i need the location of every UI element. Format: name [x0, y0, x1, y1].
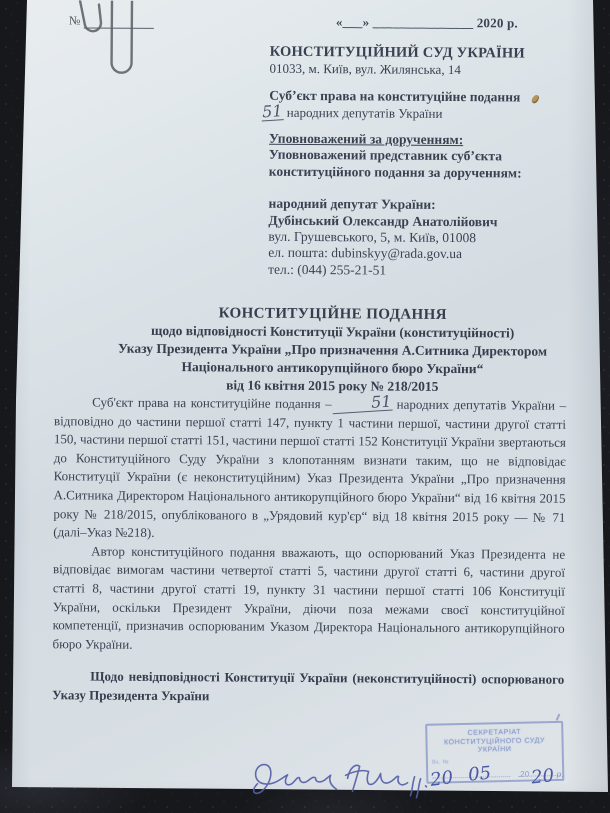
representative-block: Уповноважений за дорученням: Уповноважен…	[268, 131, 522, 280]
section-subheading: Щодо невідповідності Конституції України…	[52, 668, 564, 709]
p1-text-before: Суб'єкт права на конституційне подання –	[92, 395, 332, 412]
representative-line3: конституційного подання за дорученням:	[269, 164, 522, 182]
representative-role: народний депутат України:	[269, 196, 522, 214]
stamp-date-month-handwritten: 05	[467, 765, 491, 785]
p1-handwritten-count: 51	[331, 394, 392, 415]
subject-block: Суб’єкт права на конституційне подання 5…	[261, 87, 520, 123]
stamp-year-prefix: 20	[520, 771, 529, 779]
body-paragraph-2: Автор конституційного подання вважають, …	[52, 542, 565, 657]
registry-stamp: СЕКРЕТАРІАТ КОНСТИТУЦІЙНОГО СУДУ УКРАЇНИ…	[425, 721, 564, 784]
court-address: 01033, м. Київ, вул. Жилянська, 14	[269, 60, 524, 78]
stamp-year-handwritten: 20	[530, 767, 555, 787]
subject-count-handwritten: 51	[261, 103, 284, 121]
subject-count-text: народних депутатів України	[284, 105, 443, 121]
date-quote-blank: «___»	[336, 14, 370, 29]
pen-mark	[556, 714, 561, 721]
representative-line2: Уповноважений представник суб’єкта	[269, 147, 522, 165]
representative-email: ел. пошта: dubinskyy@rada.gov.ua	[268, 245, 521, 263]
handwritten-signature	[241, 754, 441, 801]
court-name: КОНСТИТУЦІЙНИЙ СУД УКРАЇНИ	[270, 44, 525, 62]
spacer	[269, 180, 522, 198]
date-line: «___» _______________ 2020 р.	[336, 14, 518, 31]
representative-name: Дубінський Олександр Анатолійович	[268, 212, 521, 230]
date-year: 2020 р.	[477, 15, 518, 30]
court-block: КОНСТИТУЦІЙНИЙ СУД УКРАЇНИ 01033, м. Киї…	[269, 44, 524, 79]
date-blank-line: _______________	[373, 14, 474, 30]
crumb-speck	[531, 94, 540, 105]
paperclip-icon	[73, 0, 138, 84]
subject-count-line: 51 народних депутатів України	[261, 104, 520, 123]
representative-phone: тел.: (044) 255-21-51	[268, 262, 521, 280]
stamp-date-suffix: р.	[556, 771, 564, 779]
document-content: № «___» _______________ 2020 р. КОНСТИТУ…	[0, 0, 610, 813]
photo-background: № «___» _______________ 2020 р. КОНСТИТУ…	[0, 0, 610, 813]
petition-title-line3: Указу Президента України „Про призначенн…	[68, 339, 598, 361]
p1-text-after: народних депутатів України – відповідно …	[53, 397, 566, 541]
petition-title-block: КОНСТИТУЦІЙНЕ ПОДАННЯ щодо відповідності…	[67, 303, 598, 397]
representative-heading: Уповноважений за дорученням:	[269, 131, 522, 149]
document-body: Суб'єкт права на конституційне подання –…	[52, 393, 566, 708]
body-paragraph-1: Суб'єкт права на конституційне подання –…	[53, 393, 566, 545]
representative-address: вул. Грушевського, 5, м. Київ, 01008	[268, 229, 521, 247]
subject-label: Суб’єкт права на конституційне подання	[261, 87, 520, 106]
